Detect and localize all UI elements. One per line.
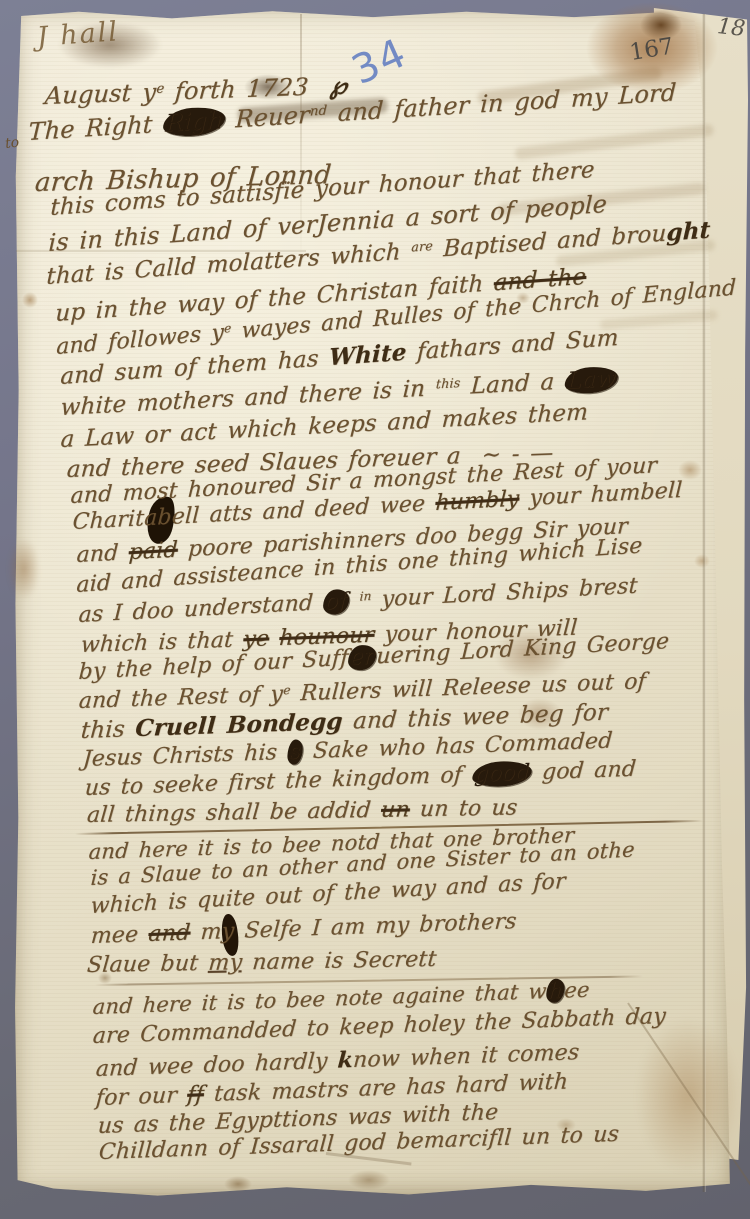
handwritten-text: mee <box>90 922 149 949</box>
handwritten-text: Reuer <box>224 101 310 134</box>
docket-name: J hall <box>36 16 120 53</box>
handwritten-text: August y <box>44 78 157 110</box>
handwritten-text: for our <box>95 1083 188 1111</box>
adjacent-folio-number: 18 <box>716 14 746 42</box>
handwritten-text: name is Secrett <box>241 947 437 975</box>
handwritten-text: in <box>359 589 372 604</box>
handwritten-text: White <box>329 339 407 372</box>
handwritten-text: paid <box>128 538 178 566</box>
handwritten-text: nd <box>310 103 328 119</box>
handwritten-text: ee <box>563 978 590 1003</box>
handwritten-text: my <box>207 950 243 976</box>
handwritten-text: ght <box>666 216 711 246</box>
handwritten-text: humbly <box>435 486 520 515</box>
inked-out-word: h <box>546 978 565 1003</box>
inked-out-word: Law <box>564 366 619 395</box>
handwritten-text: and <box>76 540 129 568</box>
margin-note-to: to <box>4 135 20 152</box>
handwritten-text: un to us <box>409 795 519 822</box>
handwritten-text: un <box>380 797 411 823</box>
manuscript-scan: J hall 34 167 18 to August ye forth 1723… <box>0 0 750 1219</box>
inked-out-word: Righ <box>163 106 225 138</box>
handwritten-text: this <box>436 375 461 391</box>
handwritten-text: ye <box>242 626 270 652</box>
handwritten-text: are <box>411 238 433 255</box>
handwritten-text: and <box>148 920 192 947</box>
handwritten-text: all things shall be addid <box>86 798 382 828</box>
handwritten-text: ℘ <box>329 70 348 100</box>
handwritten-text: ff <box>186 1082 204 1108</box>
handwritten-text: Land a <box>460 368 566 400</box>
handwritten-text: Slaue but <box>86 951 210 978</box>
handwritten-text: this <box>80 716 136 744</box>
manuscript-line-28: Slaue but my name is Secrett <box>86 949 437 977</box>
inked-out-word: er <box>348 644 377 671</box>
inked-out-word: good <box>472 760 533 787</box>
inked-out-word: of <box>323 589 350 615</box>
handwritten-text: god and <box>531 757 637 786</box>
